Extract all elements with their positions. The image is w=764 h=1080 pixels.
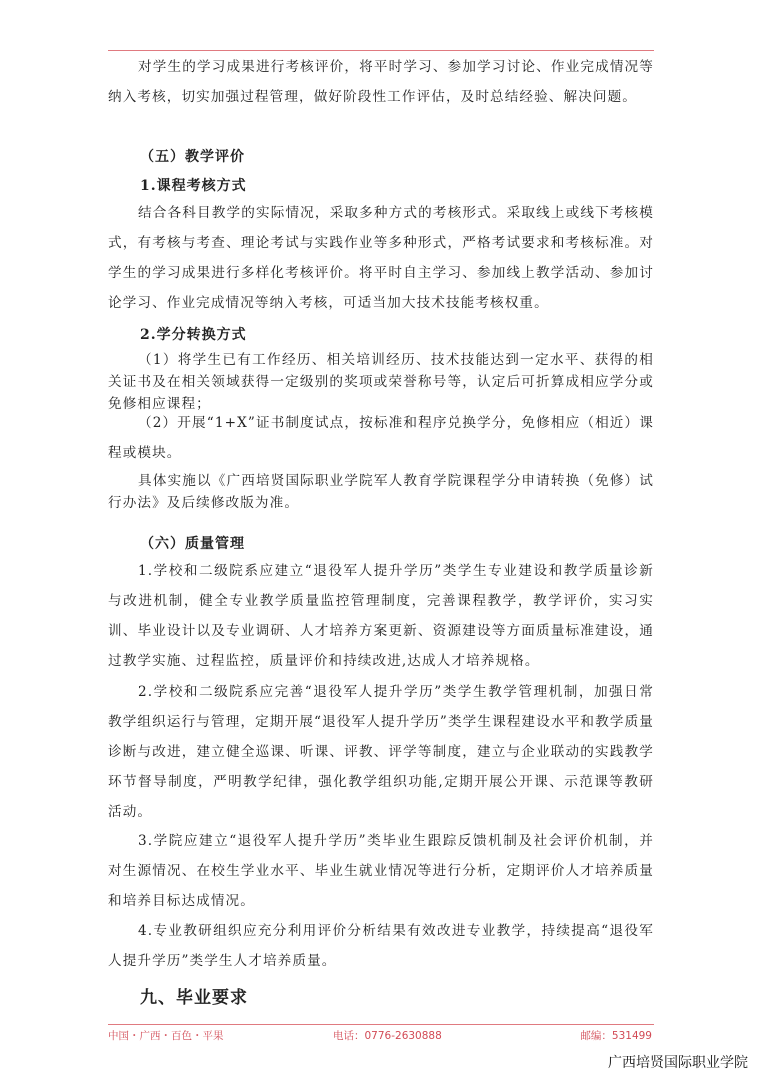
document-page: 对学生的学习成果进行考核评价，将平时学习、参加学习讨论、作业完成情况等纳入考核，… bbox=[0, 0, 764, 1080]
section-5-sub1-title: 1.课程考核方式 bbox=[140, 175, 247, 195]
section-5-sub2-title: 2.学分转换方式 bbox=[140, 324, 247, 344]
section-5-sub2-note: 具体实施以《广西培贤国际职业学院军人教育学院课程学分申请转换（免修）试行办法》及… bbox=[108, 470, 654, 514]
footer-rule bbox=[108, 1024, 654, 1025]
section-5-title: （五）教学评价 bbox=[140, 146, 245, 166]
section-5-sub1-body: 结合各科目教学的实际情况，采取多种方式的考核形式。采取线上或线下考核模式，有考核… bbox=[108, 198, 654, 318]
footer-location: 中国・广西・百色・平果 bbox=[108, 1028, 224, 1043]
page-footer: 中国・广西・百色・平果 电话：0776-2630888 邮编：531499 bbox=[108, 1028, 654, 1044]
header-rule bbox=[108, 50, 654, 51]
section-5-sub2-item1: （1）将学生已有工作经历、相关培训经历、技术技能达到一定水平、获得的相关证书及在… bbox=[108, 349, 654, 415]
institution-watermark: 广西培贤国际职业学院 bbox=[608, 1052, 748, 1072]
footer-phone: 电话：0776-2630888 bbox=[333, 1028, 442, 1043]
section-6-item1: 1.学校和二级院系应建立“退役军人提升学历”类学生专业建设和教学质量诊新与改进机… bbox=[108, 556, 654, 676]
section-6-item3: 3.学院应建立“退役军人提升学历”类毕业生跟踪反馈机制及社会评价机制，并对生源情… bbox=[108, 826, 654, 916]
section-6-title: （六）质量管理 bbox=[140, 533, 245, 553]
intro-paragraph: 对学生的学习成果进行考核评价，将平时学习、参加学习讨论、作业完成情况等纳入考核，… bbox=[108, 52, 654, 112]
section-5-sub2-item2: （2）开展“1+X”证书制度试点，按标准和程序兑换学分，免修相应（相近）课程或模… bbox=[108, 408, 654, 468]
section-6-item2: 2.学校和二级院系应完善“退役军人提升学历”类学生教学管理机制，加强日常教学组织… bbox=[108, 677, 654, 827]
footer-postcode: 邮编：531499 bbox=[580, 1028, 652, 1043]
section-9-title: 九、毕业要求 bbox=[140, 983, 248, 1008]
section-6-item4: 4.专业教研组织应充分利用评价分析结果有效改进专业教学，持续提高“退役军人提升学… bbox=[108, 916, 654, 976]
